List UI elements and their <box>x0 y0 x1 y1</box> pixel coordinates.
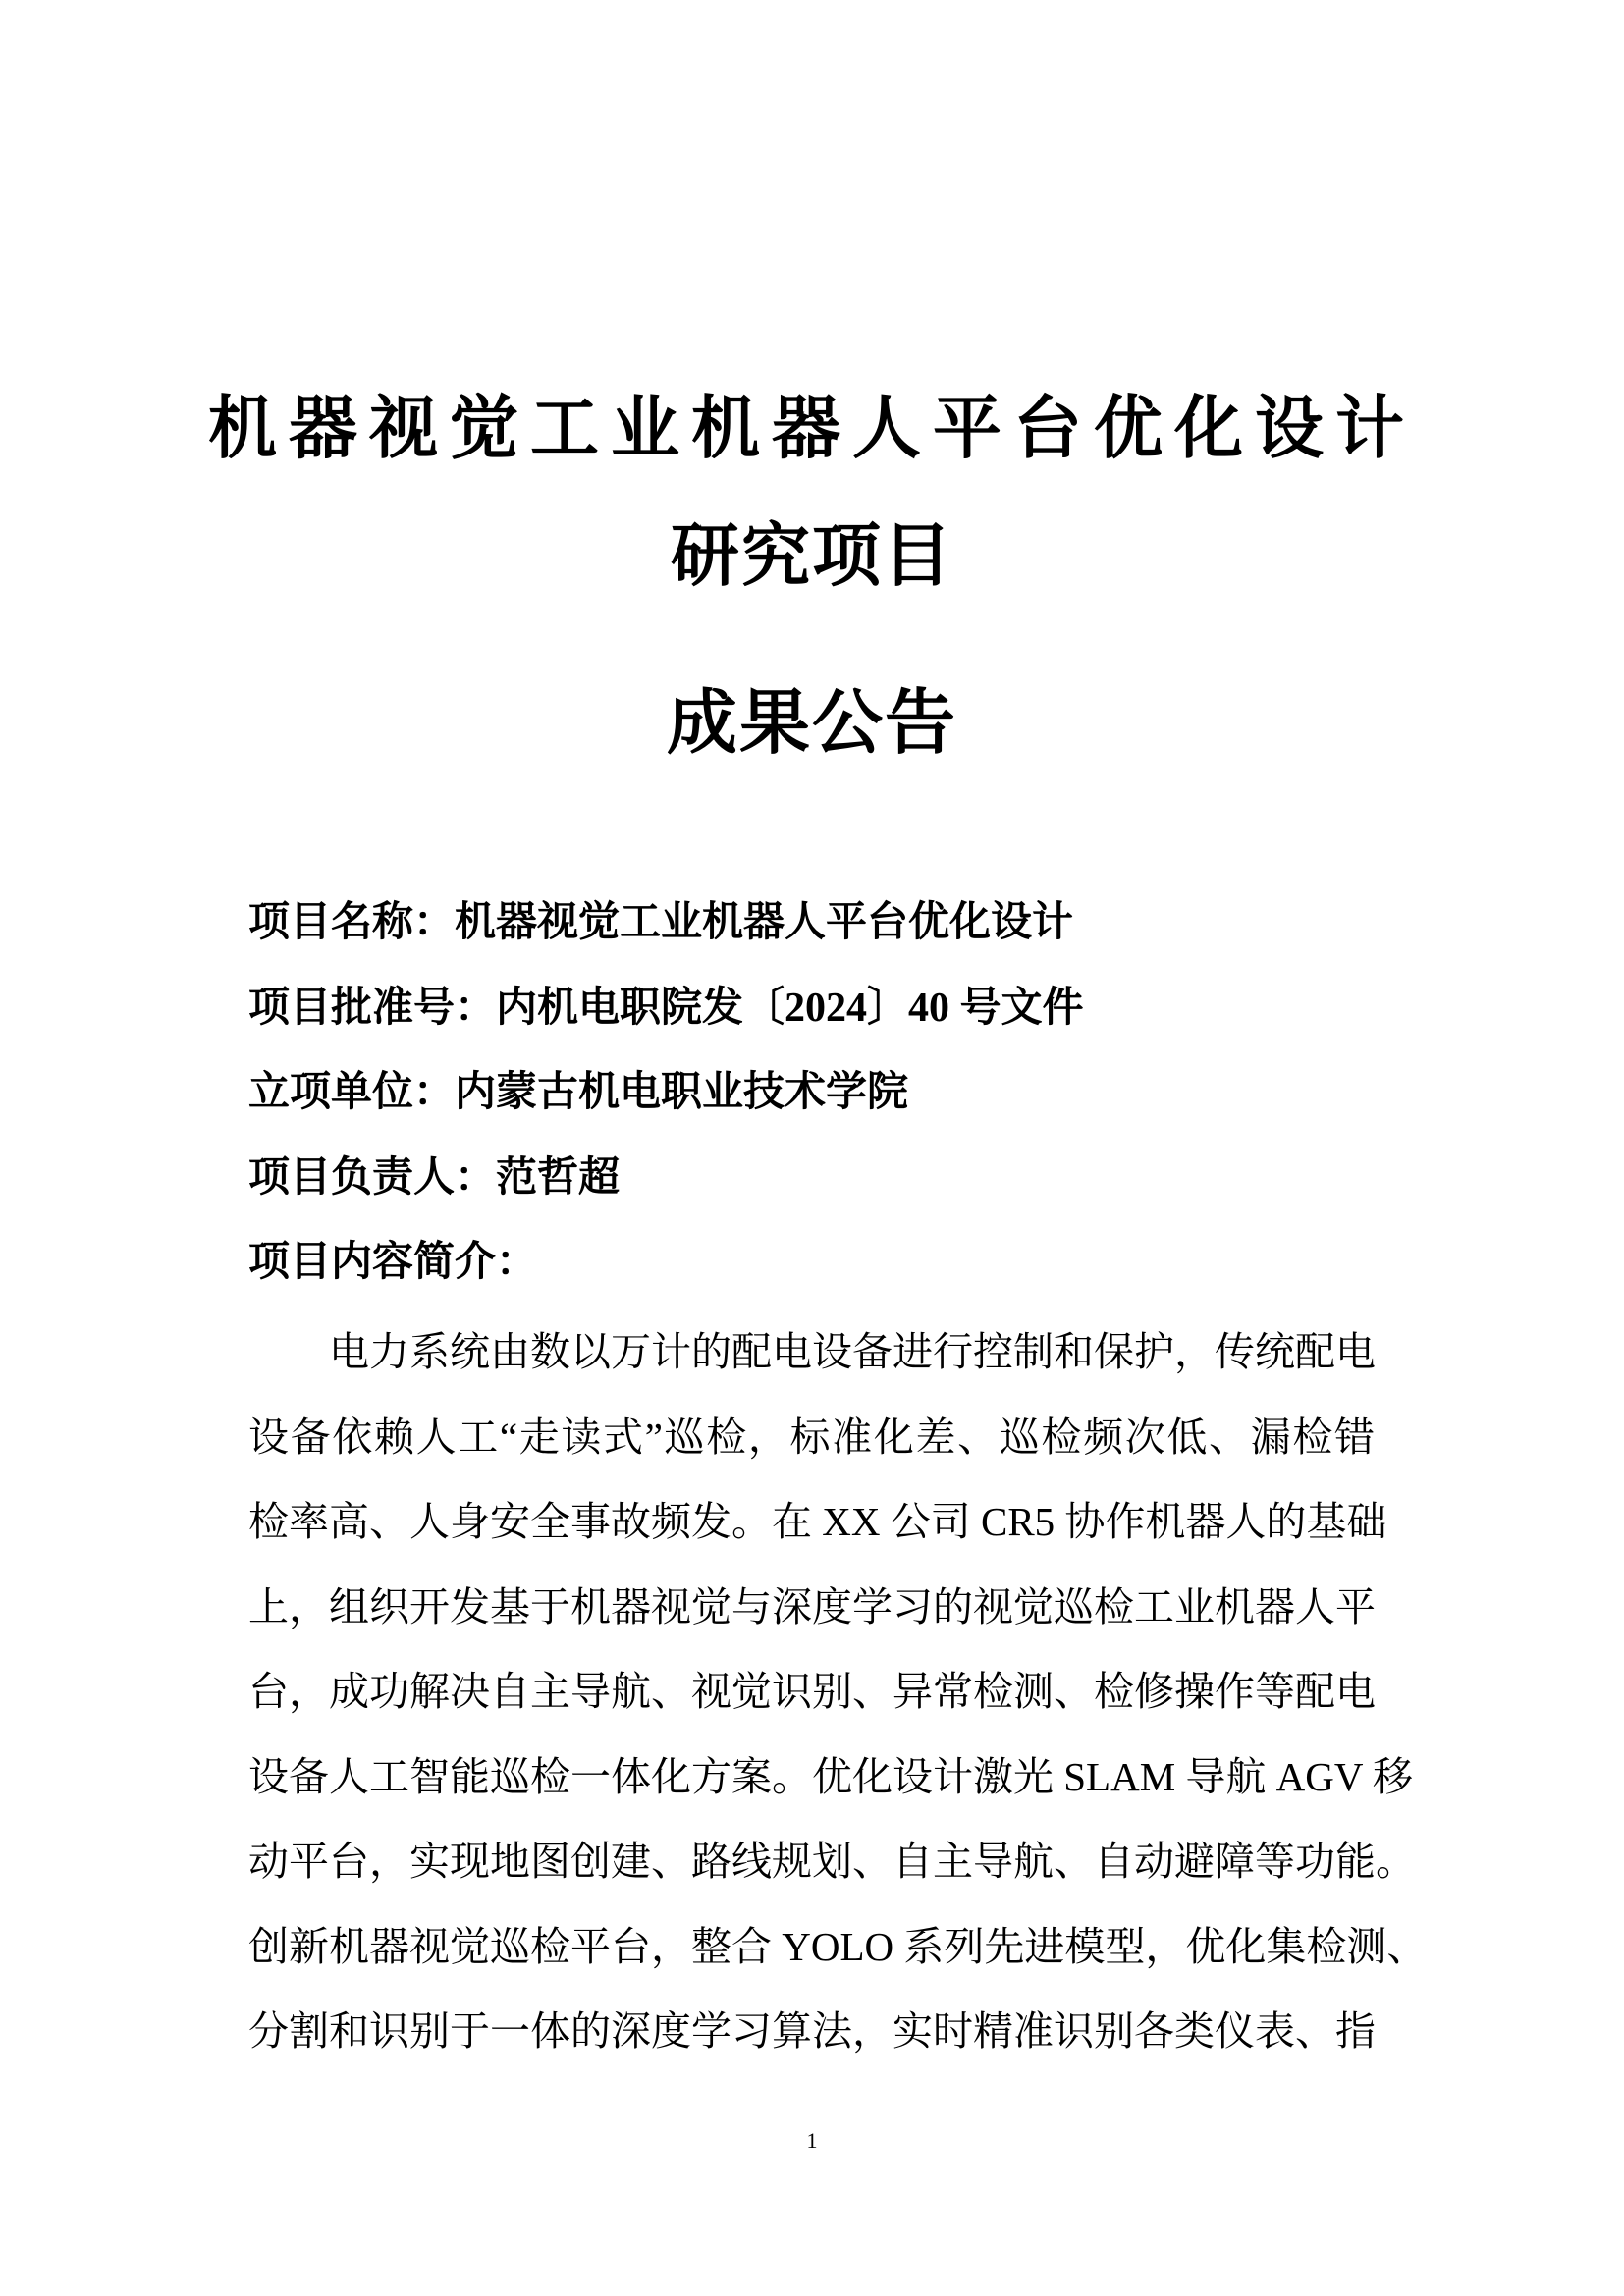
meta-line-establishing-unit: 立项单位：内蒙古机电职业技术学院 <box>248 1050 1375 1136</box>
body-line: 设备依赖人工“走读式”巡检，标准化差、巡检频次低、漏检错 <box>248 1395 1375 1480</box>
body-line: 上，组织开发基于机器视觉与深度学习的视觉巡检工业机器人平 <box>248 1565 1375 1650</box>
body-line: 检率高、人身安全事故频发。在 XX 公司 CR5 协作机器人的基础 <box>248 1479 1375 1565</box>
meta-line-content-intro-heading: 项目内容简介： <box>248 1220 1375 1306</box>
body-line: 分割和识别于一体的深度学习算法，实时精准识别各类仪表、指 <box>248 1989 1375 2074</box>
page-number: 1 <box>0 2128 1624 2154</box>
body-line: 动平台，实现地图创建、路线规划、自主导航、自动避障等功能。 <box>248 1819 1375 1904</box>
document-title-line-1: 机器视觉工业机器人平台优化设计 <box>0 389 1624 471</box>
body-line: 电力系统由数以万计的配电设备进行控制和保护，传统配电 <box>248 1309 1375 1395</box>
project-introduction-paragraph: 电力系统由数以万计的配电设备进行控制和保护，传统配电 设备依赖人工“走读式”巡检… <box>248 1309 1375 2074</box>
project-metadata: 项目名称：机器视觉工业机器人平台优化设计 项目批准号：内机电职院发〔2024〕4… <box>248 881 1375 1306</box>
body-line: 台，成功解决自主导航、视觉识别、异常检测、检修操作等配电 <box>248 1649 1375 1735</box>
body-line: 设备人工智能巡检一体化方案。优化设计激光 SLAM 导航 AGV 移 <box>248 1735 1375 1820</box>
document-subtitle: 成果公告 <box>0 681 1624 766</box>
meta-line-approval-number: 项目批准号：内机电职院发〔2024〕40 号文件 <box>248 966 1375 1051</box>
meta-line-project-leader: 项目负责人：范哲超 <box>248 1136 1375 1221</box>
document-page: 机器视觉工业机器人平台优化设计 研究项目 成果公告 项目名称：机器视觉工业机器人… <box>0 0 1624 2296</box>
meta-line-project-name: 项目名称：机器视觉工业机器人平台优化设计 <box>248 881 1375 966</box>
body-line: 创新机器视觉巡检平台，整合 YOLO 系列先进模型，优化集检测、 <box>248 1904 1375 1990</box>
document-title-line-2: 研究项目 <box>0 516 1624 599</box>
